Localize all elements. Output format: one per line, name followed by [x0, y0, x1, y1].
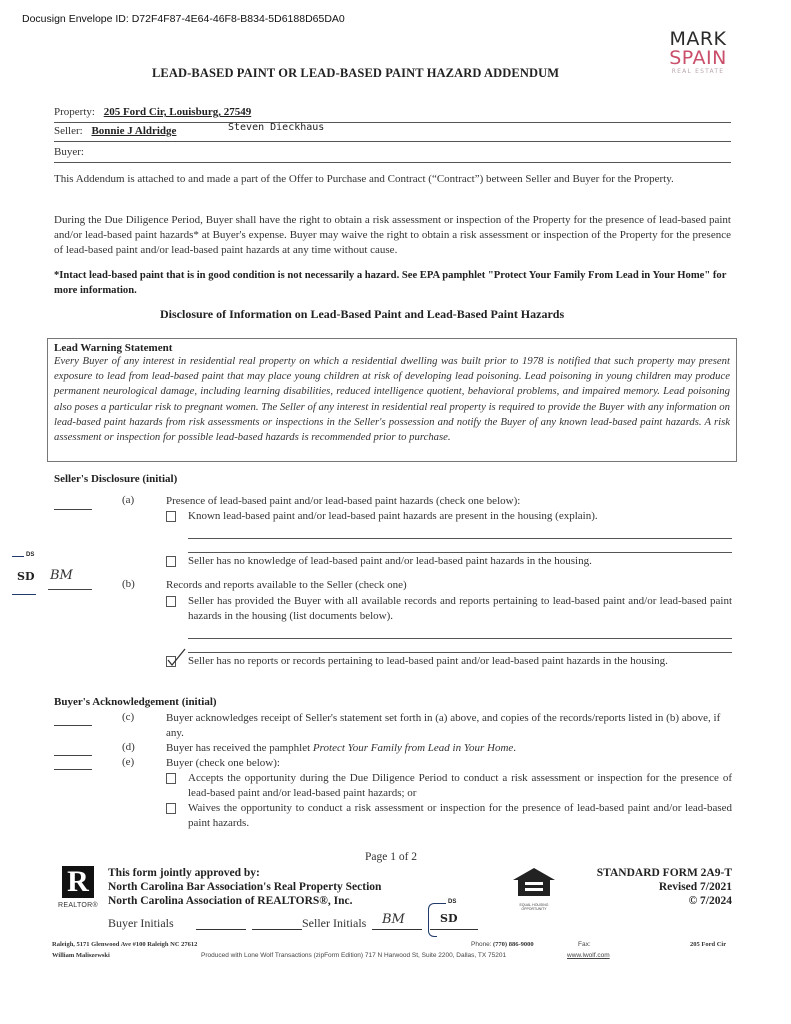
option-known-lead-paint: Known lead-based paint and/or lead-based… — [188, 509, 732, 524]
item-d-prefix: Buyer has received the pamphlet — [166, 742, 313, 754]
footer-seller-signature: BM — [382, 912, 405, 927]
buyer-initials-blank-1[interactable] — [196, 929, 246, 930]
checkmark-icon — [165, 648, 187, 668]
realtor-label: REALTOR® — [58, 902, 98, 909]
item-e-text: Buyer (check one below): — [166, 756, 732, 771]
form-name: STANDARD FORM 2A9-T — [580, 866, 732, 880]
equal-housing-logo: EQUAL HOUSING OPPORTUNITY — [509, 866, 559, 911]
ds-bracket-footer — [428, 903, 437, 937]
item-d-letter: (d) — [122, 741, 135, 753]
item-a-text: Presence of lead-based paint and/or lead… — [166, 494, 732, 509]
seller-initials-blank-2[interactable] — [430, 929, 478, 930]
seller-initials-blank-1[interactable] — [372, 929, 422, 930]
approved-line-3: North Carolina Association of REALTORS®,… — [108, 894, 381, 908]
seller-initial-blank-a[interactable] — [54, 508, 92, 510]
office-address: Raleigh, 5171 Glenwood Ave #100 Raleigh … — [52, 941, 197, 948]
seller-label: Seller: — [54, 125, 83, 137]
buyer-ack-title: Buyer's Acknowledgement (initial) — [54, 696, 217, 708]
checkbox-provided-records[interactable] — [166, 596, 176, 607]
ds-bracket-footer-top — [436, 903, 446, 904]
envelope-id: Docusign Envelope ID: D72F4F87-4E64-46F8… — [22, 13, 345, 25]
website-link[interactable]: www.lwolf.com — [567, 952, 610, 959]
item-d-pamphlet-title: Protect Your Family from Lead in Your Ho… — [313, 742, 513, 754]
checkbox-accepts-opportunity[interactable] — [166, 773, 176, 784]
buyer-initial-blank-d[interactable] — [54, 754, 92, 756]
item-e-letter: (e) — [122, 756, 134, 768]
lead-warning-box: Lead Warning Statement Every Buyer of an… — [47, 338, 737, 462]
form-revised: Revised 7/2021 — [580, 880, 732, 894]
option-accepts-opportunity: Accepts the opportunity during the Due D… — [188, 771, 732, 801]
explain-line-2[interactable] — [188, 551, 732, 553]
buyer-field[interactable]: Buyer: — [54, 146, 731, 163]
warning-body: Every Buyer of any interest in residenti… — [54, 354, 730, 445]
due-diligence-paragraph: During the Due Diligence Period, Buyer s… — [54, 213, 731, 258]
item-c-text: Buyer acknowledges receipt of Seller's s… — [166, 711, 726, 741]
approval-block: This form jointly approved by: North Car… — [108, 866, 381, 908]
buyer-initial-blank-e[interactable] — [54, 768, 92, 770]
mark-spain-logo: MARK SPAIN REAL ESTATE — [662, 30, 734, 75]
footnote-paragraph: *Intact lead-based paint that is in good… — [54, 268, 731, 298]
footer-ds-initials: SD — [440, 912, 457, 925]
form-id-block: STANDARD FORM 2A9-T Revised 7/2021 © 7/2… — [580, 866, 732, 908]
ds-label: DS — [26, 552, 34, 558]
buyer-initial-blank-c[interactable] — [54, 724, 92, 726]
explain-line-1[interactable] — [188, 537, 732, 539]
option-no-records: Seller has no reports or records pertain… — [188, 654, 732, 669]
form-copyright: © 7/2024 — [580, 894, 732, 908]
option-no-knowledge: Seller has no knowledge of lead-based pa… — [188, 554, 732, 569]
item-b-letter: (b) — [122, 578, 135, 590]
item-c-letter: (c) — [122, 711, 134, 723]
approved-line-2: North Carolina Bar Association's Real Pr… — [108, 880, 381, 894]
warning-title: Lead Warning Statement — [54, 342, 730, 354]
disclosure-title: Disclosure of Information on Lead-Based … — [160, 307, 564, 322]
item-a-letter: (a) — [122, 494, 134, 506]
ds-initials-sd: SD — [17, 570, 34, 583]
seller-initial-blank-b[interactable] — [48, 589, 92, 590]
seller-value: Bonnie J Aldridge — [91, 125, 176, 137]
approved-line-1: This form jointly approved by: — [108, 866, 381, 880]
phone-number: (770) 886-9000 — [493, 941, 534, 948]
equal-housing-icon — [511, 866, 557, 898]
item-d-text: Buyer has received the pamphlet Protect … — [166, 741, 732, 756]
fax-label: Fax: — [578, 941, 591, 948]
documents-line-1[interactable] — [188, 637, 732, 639]
item-d-suffix: . — [513, 742, 516, 754]
agent-name: William Maliszewski — [52, 952, 110, 959]
seller-signature-initials: BM — [50, 568, 73, 583]
eho-caption-2: OPPORTUNITY — [509, 907, 559, 911]
checkbox-waives-opportunity[interactable] — [166, 803, 176, 814]
footer-ds-label: DS — [448, 899, 456, 905]
file-reference: 205 Ford Cir — [690, 941, 726, 948]
buyer-label: Buyer: — [54, 146, 84, 158]
logo-line-real-estate: REAL ESTATE — [662, 69, 734, 75]
page-number: Page 1 of 2 — [365, 851, 417, 863]
buyer-initials-blank-2[interactable] — [252, 929, 302, 930]
option-provided-records: Seller has provided the Buyer with all a… — [188, 594, 732, 624]
ds-bracket-bottom — [12, 594, 36, 595]
intro-paragraph: This Addendum is attached to and made a … — [54, 172, 731, 187]
document-title: LEAD-BASED PAINT OR LEAD-BASED PAINT HAZ… — [152, 66, 559, 81]
property-value: 205 Ford Cir, Louisburg, 27549 — [104, 106, 252, 118]
produced-with: Produced with Lone Wolf Transactions (zi… — [201, 952, 506, 959]
ds-bracket-top — [12, 556, 24, 557]
item-b-text: Records and reports available to the Sel… — [166, 578, 732, 593]
seller-initials-label: Seller Initials — [302, 916, 366, 931]
option-waives-opportunity: Waives the opportunity to conduct a risk… — [188, 801, 732, 831]
phone-label: Phone: — [471, 941, 492, 948]
buyer-initials-label: Buyer Initials — [108, 916, 174, 930]
seller-disclosure-title: Seller's Disclosure (initial) — [54, 473, 177, 485]
property-label: Property: — [54, 106, 95, 118]
checkbox-no-knowledge[interactable] — [166, 556, 176, 567]
seller-field[interactable]: Seller: Bonnie J Aldridge Steven Dieckha… — [54, 125, 731, 142]
seller-value-2: Steven Dieckhaus — [228, 122, 324, 133]
realtor-logo-icon: R — [62, 866, 94, 898]
checkbox-known-lead-paint[interactable] — [166, 511, 176, 522]
logo-line-spain: SPAIN — [662, 49, 734, 68]
initials-row: Buyer Initials — [108, 916, 174, 931]
documents-line-2[interactable] — [188, 651, 732, 653]
property-field[interactable]: Property: 205 Ford Cir, Louisburg, 27549 — [54, 106, 731, 123]
